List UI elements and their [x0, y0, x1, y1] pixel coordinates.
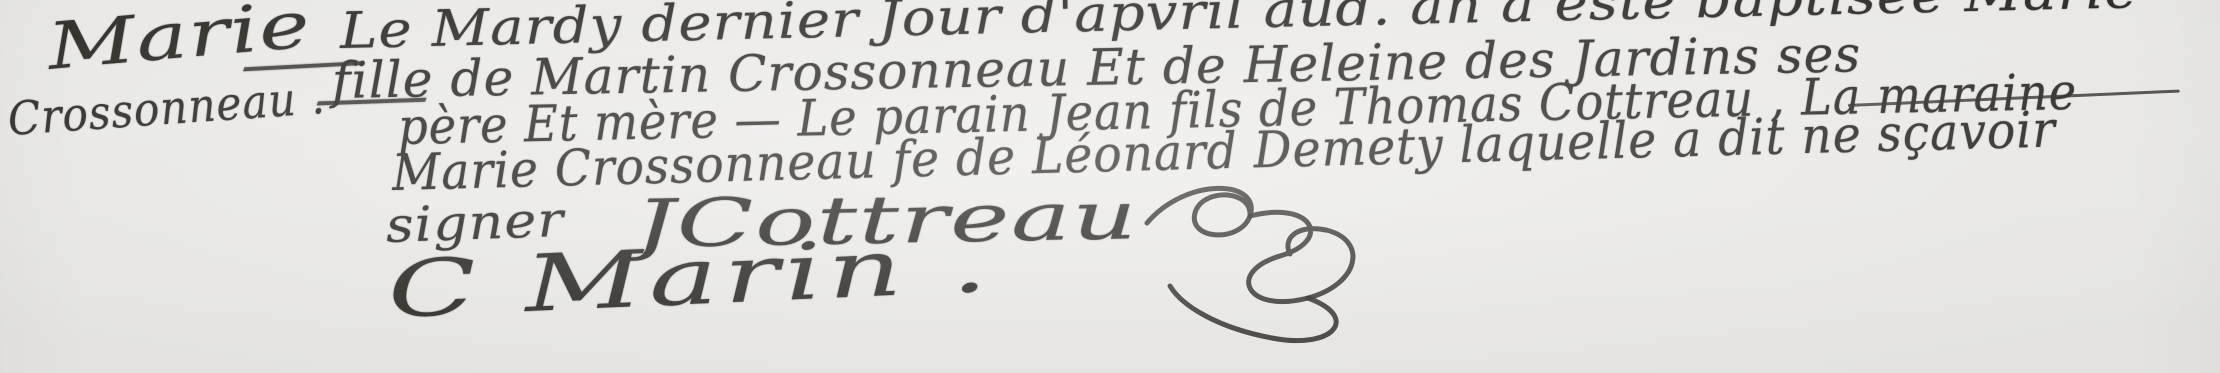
margin-dash-stroke-1: — — [236, 33, 298, 94]
signature-paraph-flourish — [1122, 178, 1412, 358]
signature-marin: C Marin . — [386, 234, 798, 330]
margin-note-given-name: Marie — [45, 0, 247, 80]
manuscript-page: Marie Crossonneau . — — Le Mardy dernier… — [0, 0, 2220, 373]
signature-marin-text: C Marin . — [386, 226, 994, 330]
